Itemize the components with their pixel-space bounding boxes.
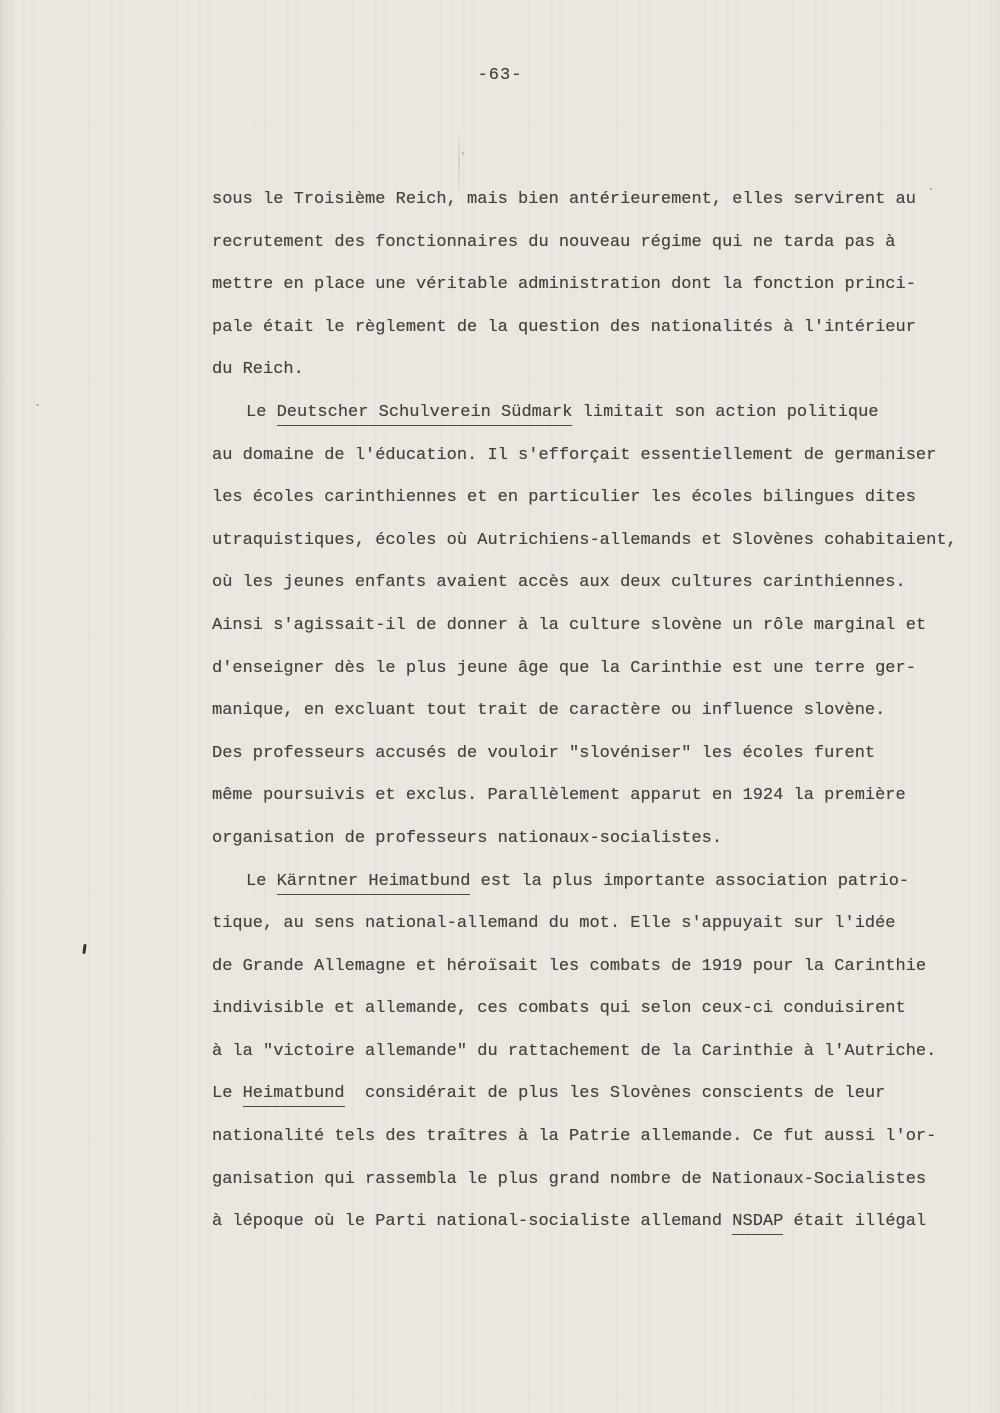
- text-segment: limitait son action politique: [572, 403, 878, 422]
- text-segment: du Reich.: [212, 360, 304, 379]
- text-segment: ganisation qui rassembla le plus grand n…: [212, 1170, 926, 1189]
- text-line: à la "victoire allemande" du rattachemen…: [212, 1042, 982, 1085]
- text-segment: les écoles carinthiennes et en particuli…: [212, 488, 916, 507]
- paper-crease: [458, 128, 460, 198]
- underlined-term: Deutscher Schulverein Südmark: [277, 403, 573, 426]
- text-lines: sous le Troisième Reich, mais bien antér…: [212, 190, 982, 1255]
- text-segment: mettre en place une véritable administra…: [212, 275, 916, 294]
- text-line: ganisation qui rassembla le plus grand n…: [212, 1170, 982, 1213]
- page-number: -63-: [0, 66, 1000, 85]
- text-segment: sous le Troisième Reich, mais bien antér…: [212, 190, 916, 209]
- text-line: au domaine de l'éducation. Il s'efforçai…: [212, 446, 982, 489]
- underlined-term: NSDAP: [732, 1212, 783, 1235]
- text-line: Des professeurs accusés de vouloir "slov…: [212, 744, 982, 787]
- text-line: Le Heimatbund considérait de plus les Sl…: [212, 1084, 982, 1127]
- text-line: recrutement des fonctionnaires du nouvea…: [212, 233, 982, 276]
- text-line: indivisible et allemande, ces combats qu…: [212, 999, 982, 1042]
- document-page: -63- sous le Troisième Reich, mais bien …: [0, 0, 1000, 1413]
- text-line: où les jeunes enfants avaient accès aux …: [212, 573, 982, 616]
- text-line: d'enseigner dès le plus jeune âge que la…: [212, 659, 982, 702]
- text-segment: était illégal: [783, 1212, 926, 1231]
- text-line: manique, en excluant tout trait de carac…: [212, 701, 982, 744]
- text-line: utraquistiques, écoles où Autrichiens-al…: [212, 531, 982, 574]
- text-line: organisation de professeurs nationaux-so…: [212, 829, 982, 872]
- text-segment: Le: [212, 1084, 243, 1103]
- text-segment: tique, au sens national-allemand du mot.…: [212, 914, 896, 933]
- text-segment: Le: [246, 403, 277, 422]
- text-segment: nationalité tels des traîtres à la Patri…: [212, 1127, 936, 1146]
- text-segment: Ainsi s'agissait-il de donner à la cultu…: [212, 616, 926, 635]
- text-segment: Des professeurs accusés de vouloir "slov…: [212, 744, 875, 763]
- text-segment: organisation de professeurs nationaux-so…: [212, 829, 722, 848]
- text-segment: utraquistiques, écoles où Autrichiens-al…: [212, 531, 957, 550]
- underlined-term: Kärntner Heimatbund: [277, 872, 471, 895]
- scan-speck: [36, 404, 39, 406]
- text-segment: recrutement des fonctionnaires du nouvea…: [212, 233, 896, 252]
- text-line: Le Deutscher Schulverein Südmark limitai…: [212, 403, 982, 446]
- text-line: Le Kärntner Heimatbund est la plus impor…: [212, 872, 982, 915]
- text-segment: même poursuivis et exclus. Parallèlement…: [212, 786, 906, 805]
- text-segment: considérait de plus les Slovènes conscie…: [345, 1084, 886, 1103]
- text-line: les écoles carinthiennes et en particuli…: [212, 488, 982, 531]
- scan-speck: [462, 152, 464, 155]
- text-segment: pale était le règlement de la question d…: [212, 318, 916, 337]
- text-segment: Le: [246, 872, 277, 891]
- text-line: même poursuivis et exclus. Parallèlement…: [212, 786, 982, 829]
- text-segment: est la plus importante association patri…: [470, 872, 909, 891]
- text-line: nationalité tels des traîtres à la Patri…: [212, 1127, 982, 1170]
- text-line: sous le Troisième Reich, mais bien antér…: [212, 190, 982, 233]
- text-line: de Grande Allemagne et héroïsait les com…: [212, 957, 982, 1000]
- text-line: pale était le règlement de la question d…: [212, 318, 982, 361]
- scan-speck: [82, 944, 86, 954]
- text-line: mettre en place une véritable administra…: [212, 275, 982, 318]
- text-line: Ainsi s'agissait-il de donner à la cultu…: [212, 616, 982, 659]
- text-line: tique, au sens national-allemand du mot.…: [212, 914, 982, 957]
- text-segment: de Grande Allemagne et héroïsait les com…: [212, 957, 926, 976]
- text-segment: à lépoque où le Parti national-socialist…: [212, 1212, 732, 1231]
- text-segment: manique, en excluant tout trait de carac…: [212, 701, 885, 720]
- text-segment: indivisible et allemande, ces combats qu…: [212, 999, 906, 1018]
- underlined-term: Heimatbund: [243, 1084, 345, 1107]
- text-segment: où les jeunes enfants avaient accès aux …: [212, 573, 906, 592]
- text-segment: au domaine de l'éducation. Il s'efforçai…: [212, 446, 936, 465]
- text-segment: à la "victoire allemande" du rattachemen…: [212, 1042, 936, 1061]
- text-line: à lépoque où le Parti national-socialist…: [212, 1212, 982, 1255]
- text-segment: d'enseigner dès le plus jeune âge que la…: [212, 659, 916, 678]
- text-line: du Reich.: [212, 360, 982, 403]
